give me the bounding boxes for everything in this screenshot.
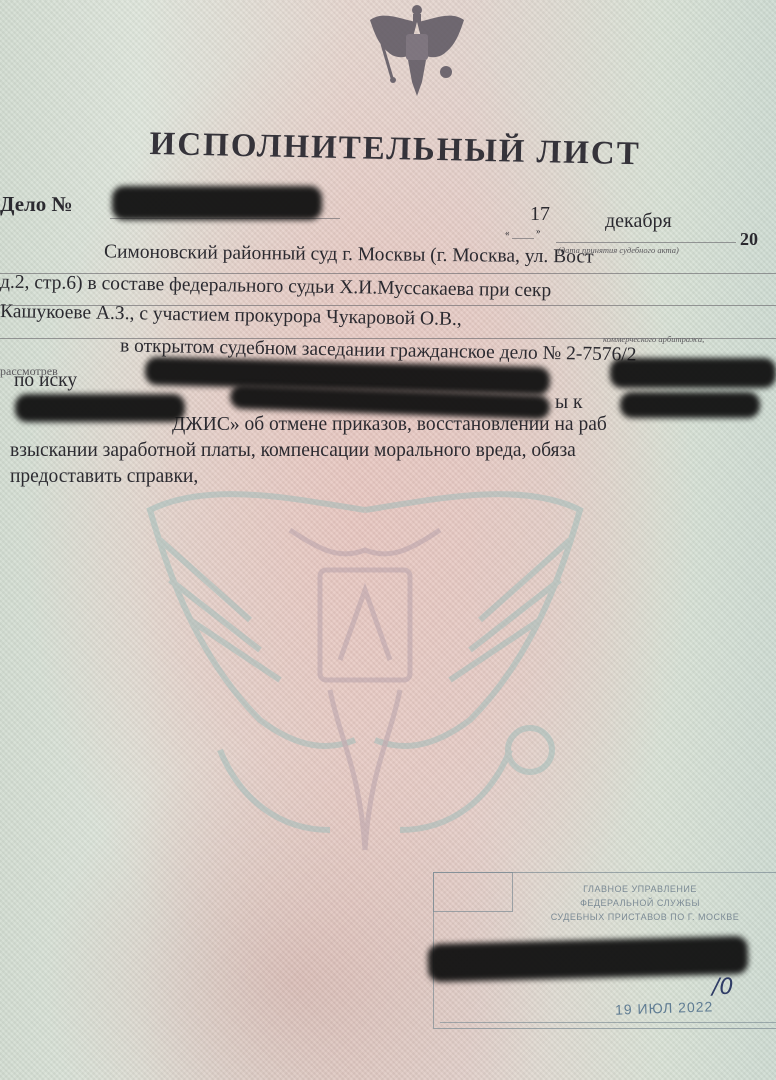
document-title: ИСПОЛНИТЕЛЬНЫЙ ЛИСТ — [149, 126, 641, 173]
date-month: декабря — [605, 210, 672, 233]
redacted-plaintiff-cont — [15, 394, 185, 422]
redacted-defendant — [620, 392, 760, 418]
redacted-case-number — [112, 186, 322, 220]
body-line-9: предоставить справки, — [10, 466, 198, 488]
coat-of-arms-icon — [362, 0, 472, 100]
redacted-case-ref — [610, 358, 776, 388]
body-line-1: Симоновский районный суд г. Москвы (г. М… — [104, 241, 594, 268]
date-day: 17 — [530, 203, 550, 226]
date-day-rule — [512, 238, 534, 239]
body-line-6: ы к — [555, 392, 582, 414]
rule-3 — [0, 338, 776, 339]
case-number-label: Дело № — [0, 192, 73, 217]
stamp-date: 19 ИЮЛ 2022 — [615, 998, 714, 1017]
stamp-line-1: Главное управление — [540, 883, 740, 895]
body-line-2: д.2, стр.6) в составе федерального судьи… — [0, 272, 551, 303]
date-open-quote: « — [505, 228, 510, 238]
stamp-inner-box — [433, 872, 513, 912]
coat-of-arms-watermark — [130, 470, 600, 870]
date-close-quote: » — [536, 226, 541, 236]
stamp-line-3: судебных приставов по г. Москве — [520, 911, 770, 923]
stamp-bottom-rule — [440, 1022, 776, 1023]
handwritten-mark: /0 — [712, 975, 733, 1000]
body-line-5: по иску — [14, 370, 77, 392]
date-year-prefix: 20 — [740, 229, 758, 250]
stamp-line-2: Федеральной службы — [540, 897, 740, 909]
commercial-hint: коммерческого арбитража, — [603, 334, 704, 344]
date-month-rule — [556, 242, 736, 243]
body-line-8: взыскании заработной платы, компенсации … — [10, 440, 576, 462]
